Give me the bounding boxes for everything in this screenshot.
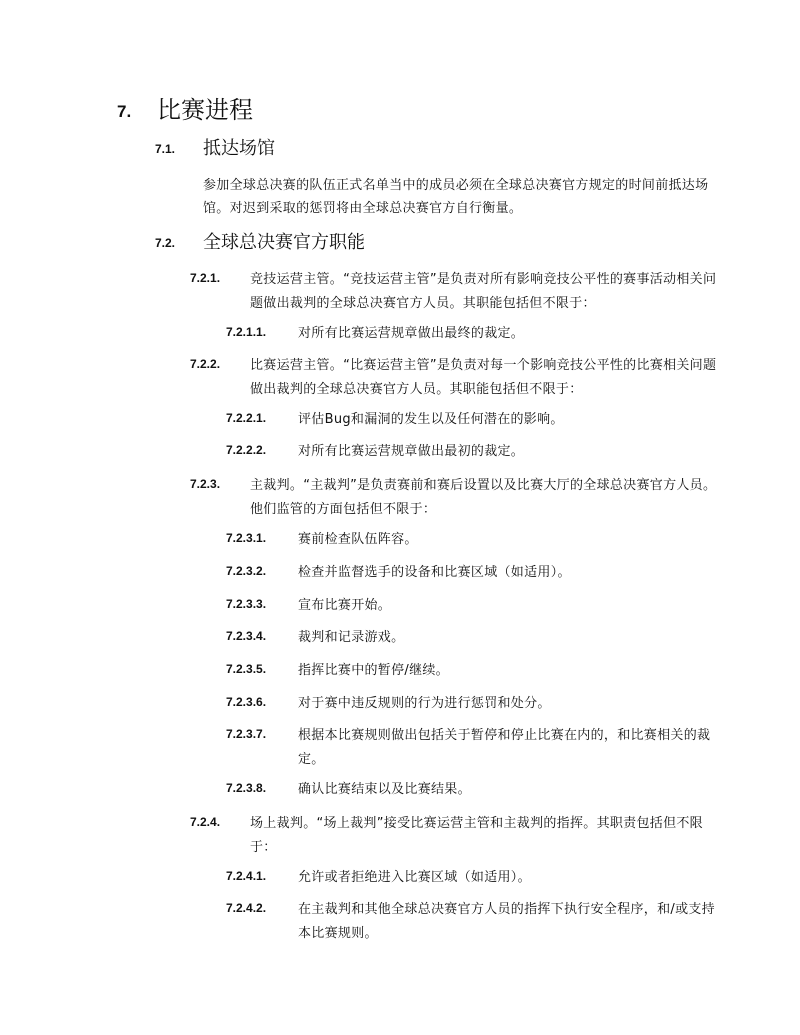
subclause-text: 对所有比赛运营规章做出最初的裁定。 — [298, 440, 728, 464]
subclause-number: 7.2.2.1. — [226, 411, 266, 425]
subclause-number: 7.2.3.1. — [226, 531, 266, 545]
subclause-text: 在主裁判和其他全球总决赛官方人员的指挥下执行安全程序，和/或支持本比赛规则。 — [298, 898, 728, 946]
subclause-number: 7.2.3.6. — [226, 695, 266, 709]
subclause-text: 宣布比赛开始。 — [298, 594, 728, 618]
subclause-text: 指挥比赛中的暂停/继续。 — [298, 659, 728, 683]
subclause-text: 根据本比赛规则做出包括关于暂停和停止比赛在内的，和比赛相关的裁定。 — [298, 724, 728, 772]
clause-text: 主裁判。“主裁判”是负责赛前和赛后设置以及比赛大厅的全球总决赛官方人员。他们监管… — [250, 474, 728, 522]
clause-number: 7.2.4. — [190, 815, 220, 829]
subclause-number: 7.2.3.8. — [226, 781, 266, 795]
subclause-text: 评估Bug和漏洞的发生以及任何潜在的影响。 — [298, 408, 728, 432]
subsection-title: 抵达场馆 — [203, 136, 275, 162]
subclause-text: 允许或者拒绝进入比赛区域（如适用）。 — [298, 866, 728, 890]
subclause-number: 7.2.3.4. — [226, 629, 266, 643]
subsection-number: 7.1. — [155, 142, 175, 156]
clause-text: 比赛运营主管。“比赛运营主管”是负责对每一个影响竞技公平性的比赛相关问题做出裁判… — [250, 354, 728, 402]
subsection-title: 全球总决赛官方职能 — [203, 230, 365, 256]
subclause-text: 对于赛中违反规则的行为进行惩罚和处分。 — [298, 692, 728, 716]
clause-text: 竞技运营主管。“竞技运营主管”是负责对所有影响竞技公平性的赛事活动相关问题做出裁… — [250, 268, 728, 316]
subclause-text: 检查并监督选手的设备和比赛区域（如适用）。 — [298, 561, 728, 585]
clause-text: 场上裁判。“场上裁判”接受比赛运营主管和主裁判的指挥。其职责包括但不限于： — [250, 812, 728, 860]
section-title: 比赛进程 — [157, 94, 253, 126]
subclause-number: 7.2.3.7. — [226, 727, 266, 741]
subsection-number: 7.2. — [155, 236, 175, 250]
subclause-text: 确认比赛结束以及比赛结果。 — [298, 778, 728, 802]
paragraph-arrival: 参加全球总决赛的队伍正式名单当中的成员必须在全球总决赛官方规定的时间前抵达场馆。… — [203, 174, 723, 220]
section-number: 7. — [117, 102, 131, 122]
document-page: 7. 比赛进程 7.1. 抵达场馆 参加全球总决赛的队伍正式名单当中的成员必须在… — [0, 0, 800, 1035]
clause-number: 7.2.3. — [190, 477, 220, 491]
clause-number: 7.2.1. — [190, 271, 220, 285]
subclause-number: 7.2.3.5. — [226, 662, 266, 676]
subclause-number: 7.2.3.2. — [226, 564, 266, 578]
subclause-number: 7.2.4.2. — [226, 901, 266, 915]
subclause-number: 7.2.2.2. — [226, 443, 266, 457]
subclause-number: 7.2.3.3. — [226, 597, 266, 611]
clause-number: 7.2.2. — [190, 357, 220, 371]
subclause-number: 7.2.1.1. — [226, 325, 266, 339]
subclause-number: 7.2.4.1. — [226, 869, 266, 883]
subclause-text: 对所有比赛运营规章做出最终的裁定。 — [298, 322, 728, 346]
subclause-text: 裁判和记录游戏。 — [298, 626, 728, 650]
subclause-text: 赛前检查队伍阵容。 — [298, 528, 728, 552]
